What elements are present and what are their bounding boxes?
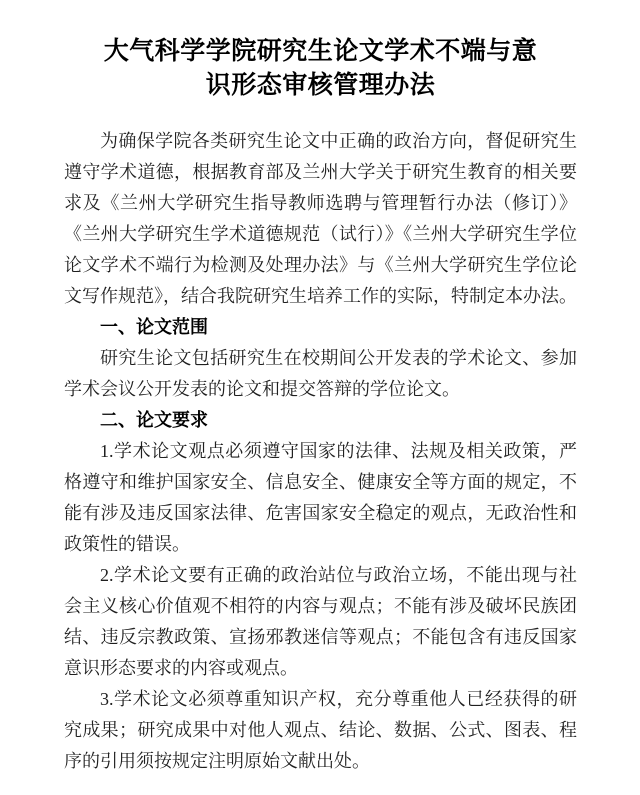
requirement-item-1: 1.学术论文观点必须遵守国家的法律、法规及相关政策，严格遵守和维护国家安全、信息… (64, 436, 577, 560)
section-heading-requirements: 二、论文要求 (64, 405, 577, 436)
requirement-item-3: 3.学术论文必须尊重知识产权，充分尊重他人已经获得的研究成果；研究成果中对他人观… (64, 684, 577, 777)
scope-paragraph: 研究生论文包括研究生在校期间公开发表的学术论文、参加学术会议公开发表的论文和提交… (64, 343, 577, 405)
document-title: 大气科学学院研究生论文学术不端与意识形态审核管理办法 (64, 34, 577, 102)
requirement-item-2: 2.学术论文要有正确的政治站位与政治立场，不能出现与社会主义核心价值观不相符的内… (64, 560, 577, 684)
document-page: 大气科学学院研究生论文学术不端与意识形态审核管理办法 为确保学院各类研究生论文中… (0, 0, 640, 795)
intro-paragraph: 为确保学院各类研究生论文中正确的政治方向，督促研究生遵守学术道德，根据教育部及兰… (64, 126, 577, 312)
section-heading-scope: 一、论文范围 (64, 312, 577, 343)
